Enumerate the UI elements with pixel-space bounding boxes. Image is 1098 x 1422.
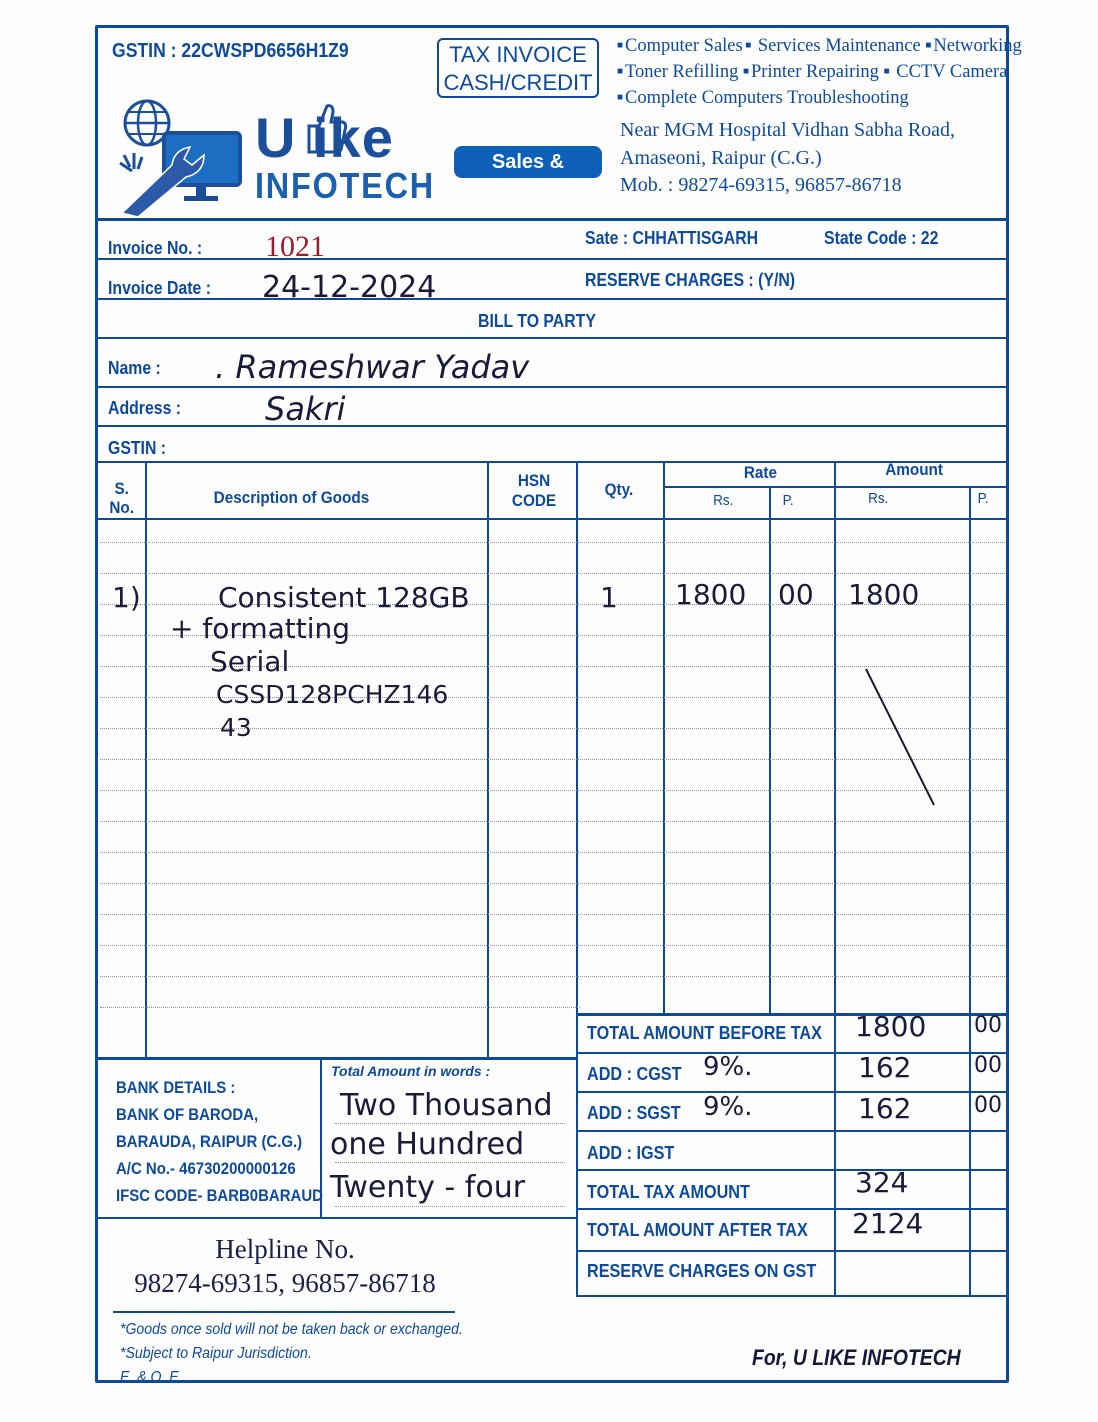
party-address-label: Address : bbox=[108, 398, 181, 419]
strike-line-icon bbox=[862, 665, 942, 810]
term-2: *Subject to Raipur Jurisdiction. bbox=[120, 1342, 463, 1366]
row-amount-rs: 1800 bbox=[848, 578, 919, 612]
bank-title: BANK DETAILS : bbox=[116, 1074, 323, 1101]
row-desc-line-3: Serial bbox=[210, 645, 289, 679]
amount-words-label: Total Amount in words : bbox=[331, 1063, 490, 1079]
th-qty: Qty. bbox=[605, 480, 634, 500]
services-list: ■Computer Sales ■ Services Maintenance ■… bbox=[617, 33, 1022, 111]
th-rate-rs: Rs. bbox=[713, 492, 733, 509]
helpline-numbers: 98274-69315, 96857-86718 bbox=[100, 1268, 470, 1299]
bank-account: A/C No.- 46730200000126 bbox=[116, 1155, 323, 1182]
row-desc-line-4: CSSD128PCHZ146 bbox=[216, 678, 448, 712]
state-label: Sate : CHHATTISGARH bbox=[585, 228, 758, 249]
computer-wrench-globe-icon bbox=[112, 95, 252, 220]
party-name-label: Name : bbox=[108, 358, 161, 379]
invoice-no-label: Invoice No. : bbox=[108, 238, 202, 259]
term-3: E. & O. E. bbox=[120, 1366, 463, 1390]
bank-name: BANK OF BARODA, bbox=[116, 1101, 323, 1128]
services-line-3: ■Complete Computers Troubleshooting bbox=[617, 85, 1022, 111]
row-sno: 1) bbox=[112, 581, 141, 615]
party-address-value: Sakri bbox=[265, 390, 346, 428]
th-rate-p: P. bbox=[783, 492, 794, 509]
thumbs-up-icon bbox=[305, 102, 349, 161]
row-rate-rs: 1800 bbox=[675, 578, 746, 612]
logo-graphic bbox=[112, 95, 252, 220]
th-amount-p: P. bbox=[978, 490, 989, 507]
reserve-charges-yn: RESERVE CHARGES : (Y/N) bbox=[585, 270, 795, 291]
term-1: *Goods once sold will not be taken back … bbox=[120, 1318, 463, 1342]
row-desc-line-1: Consistent 128GB bbox=[218, 581, 470, 615]
th-rate: Rate bbox=[744, 463, 777, 483]
seller-address: Near MGM Hospital Vidhan Sabha Road, Ama… bbox=[620, 117, 955, 200]
bank-ifsc: IFSC CODE- BARB0BARAUD bbox=[116, 1182, 323, 1209]
services-line-2: ■Toner Refilling ■Printer Repairing ■ CC… bbox=[617, 59, 1022, 85]
party-name-value: . Rameshwar Yadav bbox=[215, 348, 529, 386]
amount-words-line-3: Twenty - four bbox=[330, 1170, 525, 1205]
amount-words-line-2: one Hundred bbox=[330, 1127, 524, 1162]
row-desc-line-5: 43 bbox=[220, 711, 252, 745]
th-sno: S.No. bbox=[109, 479, 134, 517]
state-code: State Code : 22 bbox=[824, 228, 938, 249]
amount-words-line-1: Two Thousand bbox=[340, 1088, 553, 1123]
th-amount: Amount bbox=[885, 460, 943, 480]
row-desc-line-2: + formatting bbox=[170, 612, 350, 646]
signature-for: For, U LIKE INFOTECH bbox=[752, 1345, 961, 1371]
seller-mobile: Mob. : 98274-69315, 96857-86718 bbox=[620, 172, 955, 200]
doc-type-line1: TAX INVOICE bbox=[439, 41, 597, 69]
seller-gstin: GSTIN : 22CWSPD6656H1Z9 bbox=[112, 40, 349, 63]
th-amount-rs: Rs. bbox=[868, 490, 888, 507]
address-line-2: Amaseoni, Raipur (C.G.) bbox=[620, 145, 955, 173]
doc-type-badge: TAX INVOICE CASH/CREDIT bbox=[437, 38, 599, 98]
helpline-label: Helpline No. bbox=[100, 1234, 470, 1265]
bill-to-party: BILL TO PARTY bbox=[478, 311, 596, 332]
logo-infotech: INFOTECH bbox=[255, 165, 435, 207]
services-line-1: ■Computer Sales ■ Services Maintenance ■… bbox=[617, 33, 1022, 59]
row-qty: 1 bbox=[600, 581, 618, 615]
party-gstin-label: GSTIN : bbox=[108, 438, 166, 459]
sales-services-badge: Sales & Services bbox=[454, 146, 602, 178]
bank-details: BANK DETAILS : BANK OF BARODA, BARAUDA, … bbox=[116, 1074, 323, 1209]
th-description: Description of Goods bbox=[214, 488, 370, 508]
invoice-date-label: Invoice Date : bbox=[108, 278, 211, 299]
terms-list: *Goods once sold will not be taken back … bbox=[120, 1318, 463, 1390]
address-line-1: Near MGM Hospital Vidhan Sabha Road, bbox=[620, 117, 955, 145]
row-rate-p: 00 bbox=[778, 578, 814, 612]
th-hsn: HSNCODE bbox=[511, 471, 558, 511]
bank-branch: BARAUDA, RAIPUR (C.G.) bbox=[116, 1128, 323, 1155]
doc-type-line2: CASH/CREDIT bbox=[439, 69, 597, 97]
